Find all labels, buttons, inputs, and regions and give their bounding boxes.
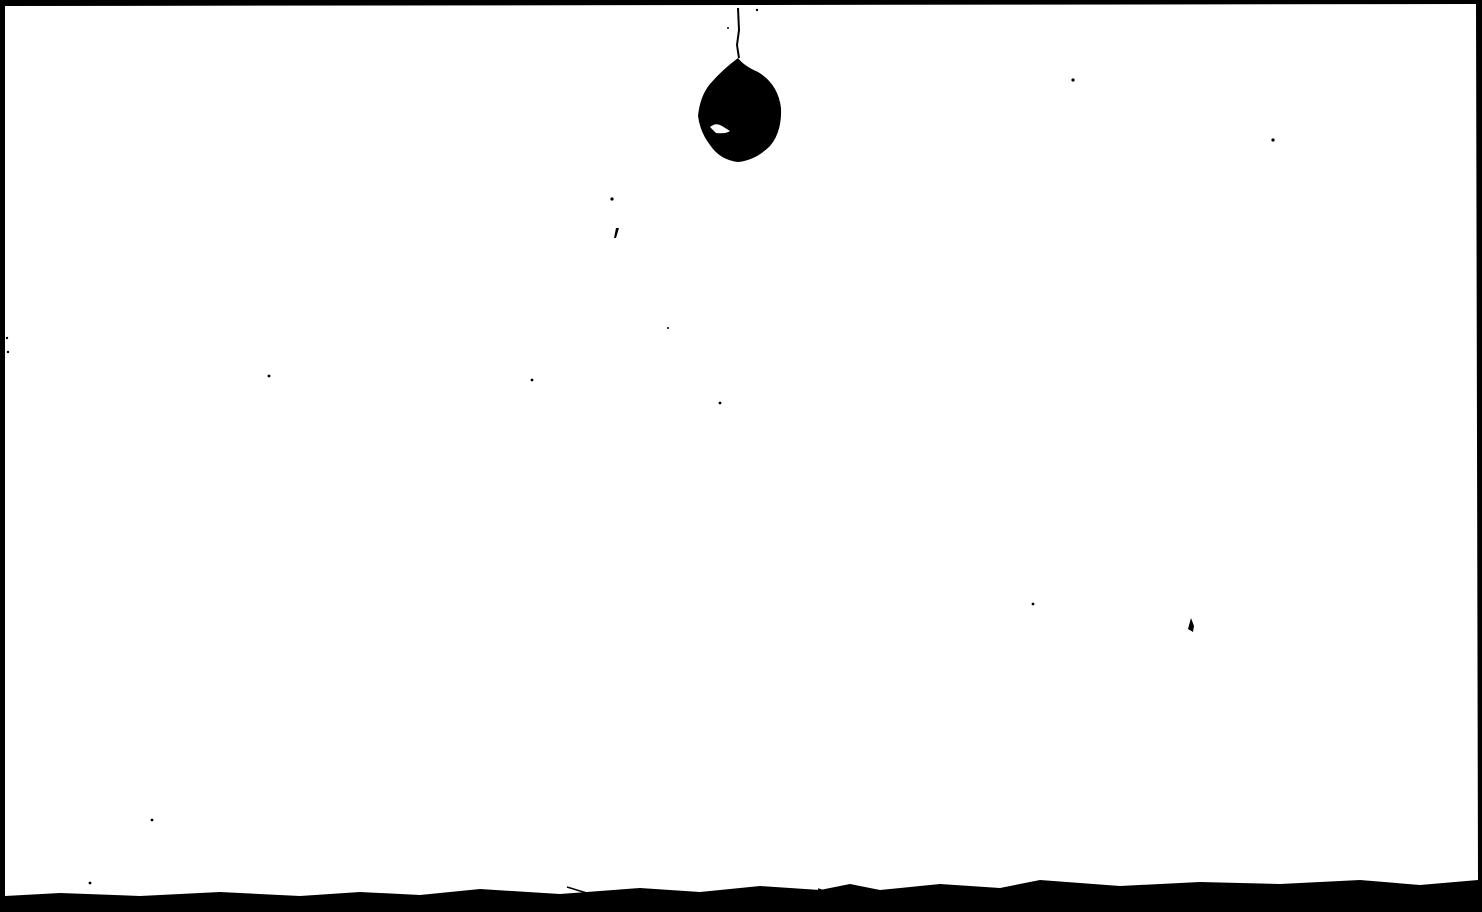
binarized-photo xyxy=(0,0,1482,912)
